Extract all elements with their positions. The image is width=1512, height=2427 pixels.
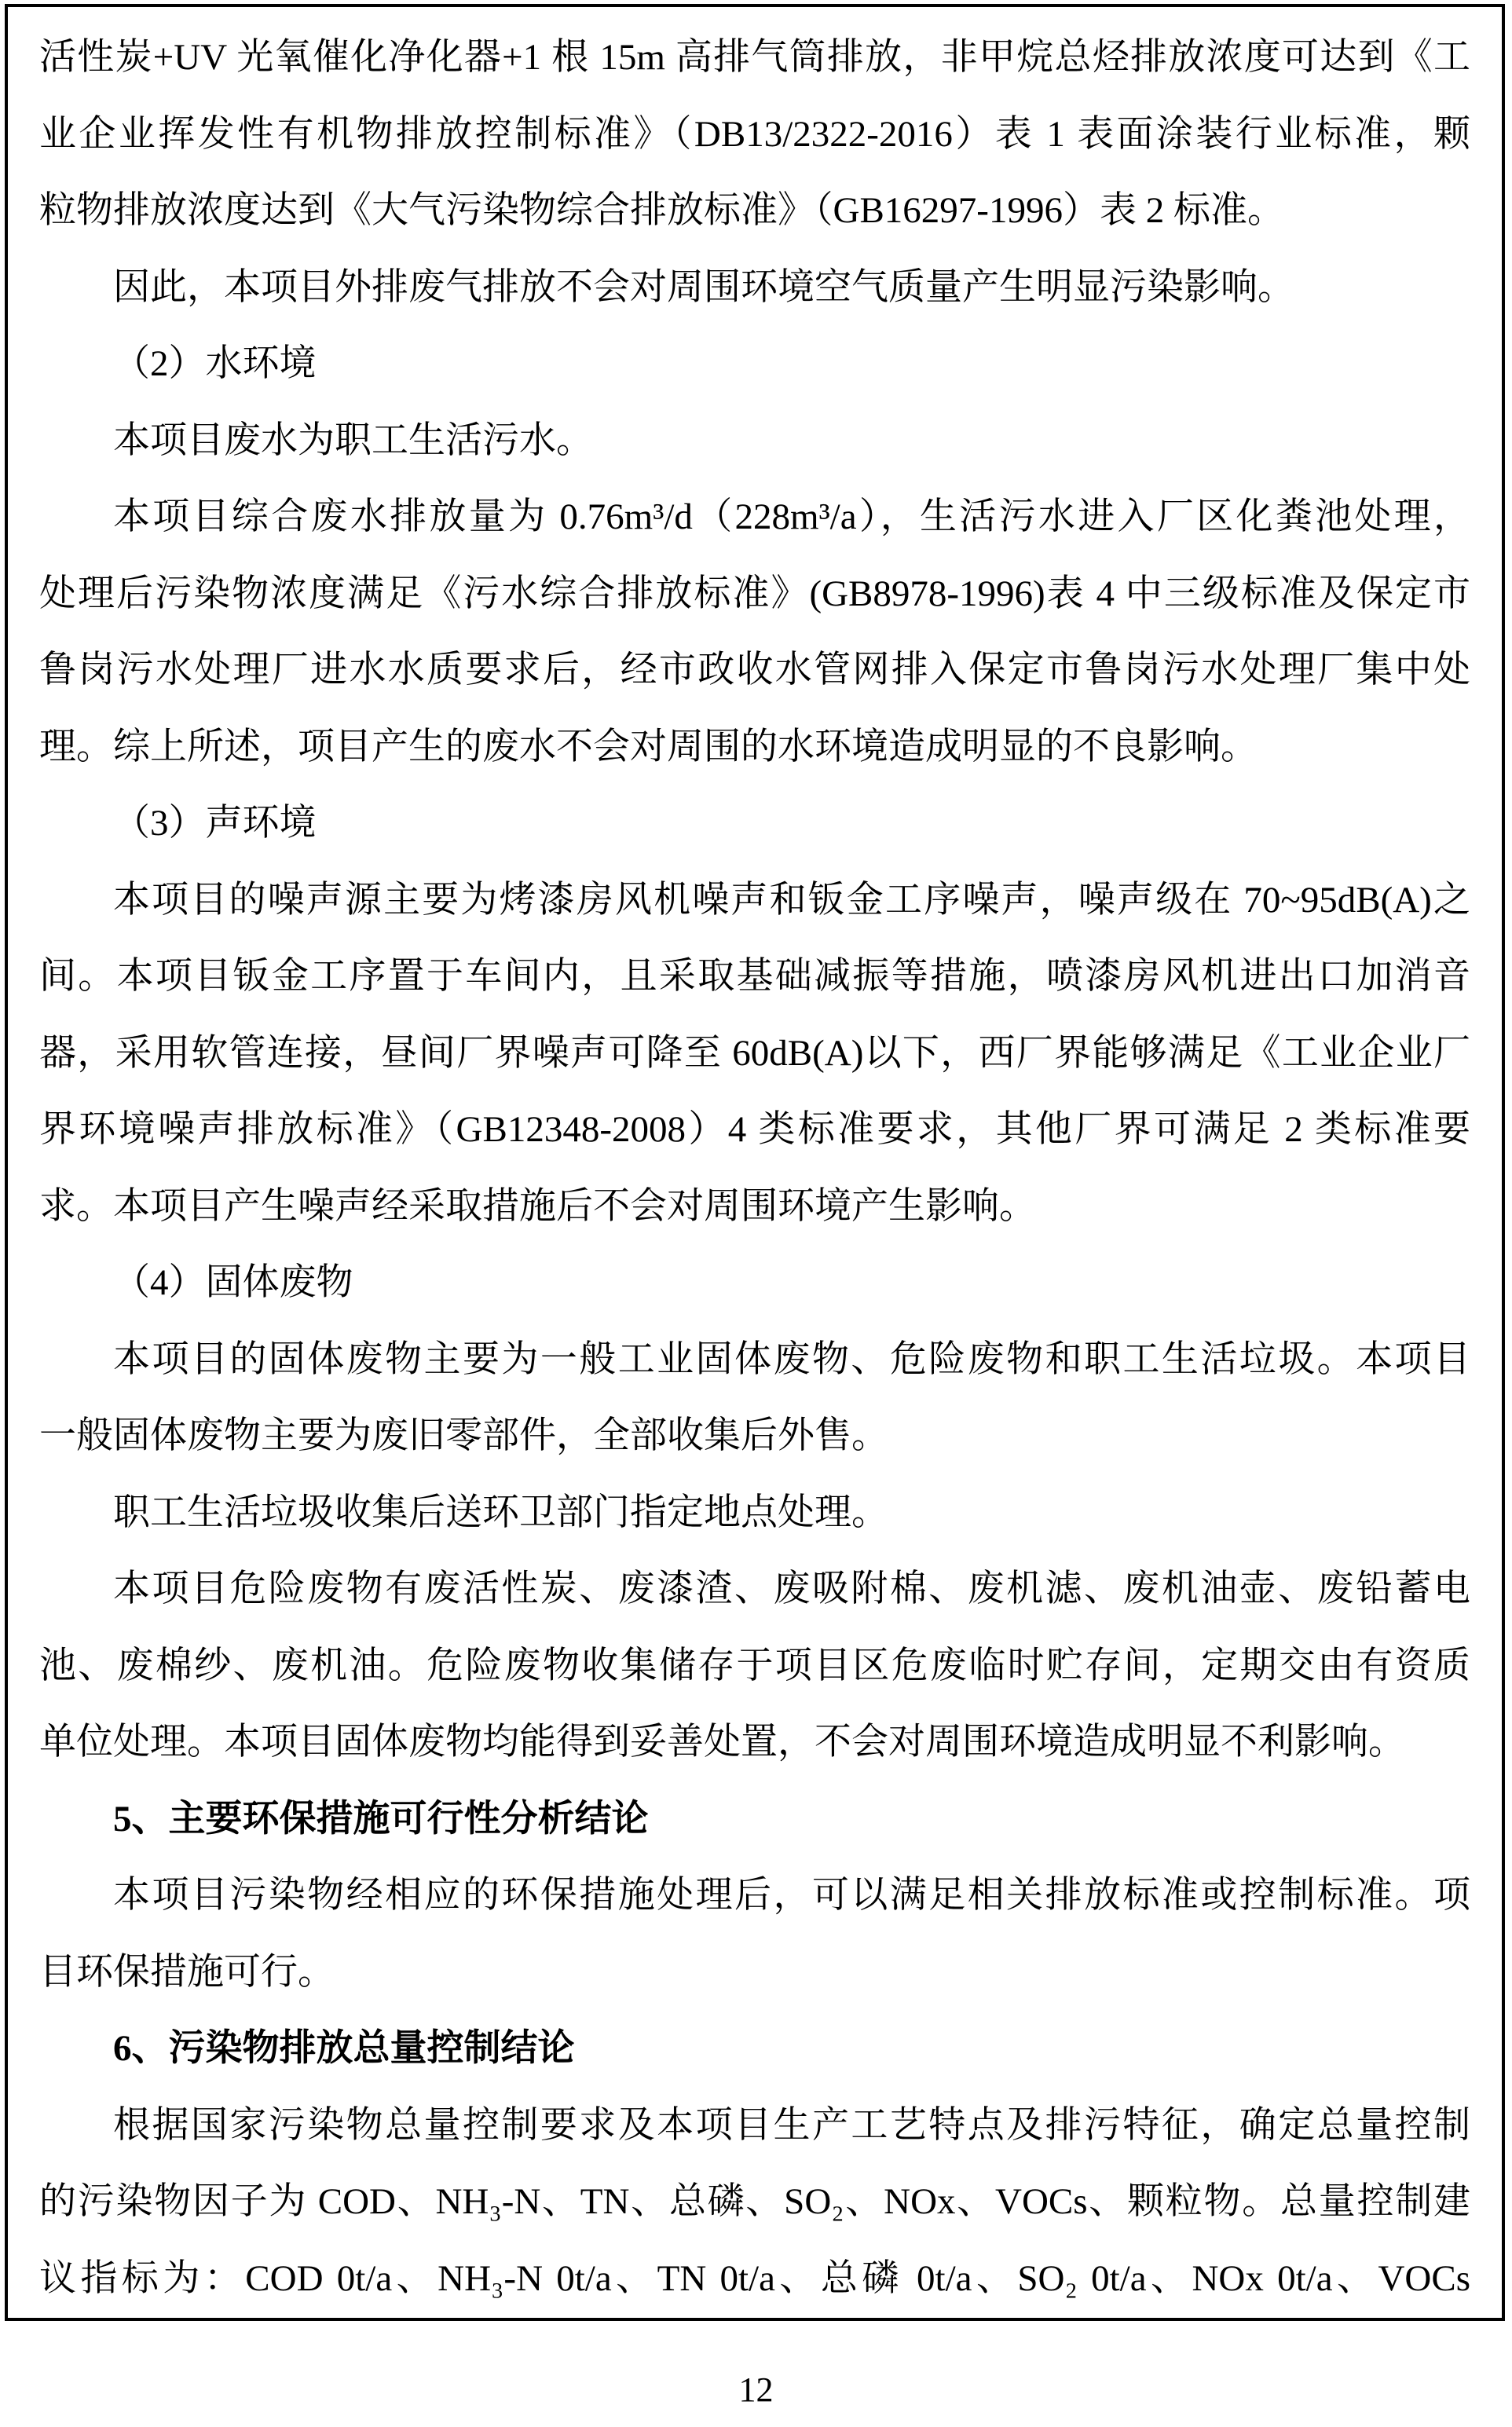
body-line: 池、废棉纱、废机油。危险废物收集储存于项目区危废临时贮存间，定期交由有资质 xyxy=(39,1628,1470,1705)
body-line: 求。本项目产生噪声经采取措施后不会对周围环境产生影响。 xyxy=(39,1169,1470,1246)
body-line: 界环境噪声排放标准》（GB12348-2008）4 类标准要求，其他厂界可满足 … xyxy=(39,1092,1470,1169)
body-line: 间。本项目钣金工序置于车间内，且采取基础减振等措施，喷漆房风机进出口加消音 xyxy=(39,939,1470,1016)
body-line: 鲁岗污水处理厂进水水质要求后，经市政收水管网排入保定市鲁岗污水处理厂集中处 xyxy=(39,632,1470,709)
body-line: 活性炭+UV 光氧催化净化器+1 根 15m 高排气筒排放，非甲烷总烃排放浓度可… xyxy=(39,20,1470,97)
body-line: 本项目综合废水排放量为 0.76m³/d（228m³/a），生活污水进入厂区化粪… xyxy=(39,479,1470,556)
body-line: 议指标为：COD 0t/a、NH₃-N 0t/a、TN 0t/a、总磷 0t/a… xyxy=(39,2241,1470,2322)
page-number: 12 xyxy=(0,2370,1512,2410)
subsection-label: （2）水环境 xyxy=(39,326,1470,403)
body-line: 粒物排放浓度达到《大气污染物综合排放标准》（GB16297-1996）表 2 标… xyxy=(39,173,1470,250)
body-line: 职工生活垃圾收集后送环卫部门指定地点处理。 xyxy=(39,1475,1470,1552)
section-heading-5: 5、主要环保措施可行性分析结论 xyxy=(39,1781,1470,1858)
body-line: 一般固体废物主要为废旧零部件，全部收集后外售。 xyxy=(39,1398,1470,1475)
body-line: 目环保措施可行。 xyxy=(39,1935,1470,2012)
body-line: 业企业挥发性有机物排放控制标准》（DB13/2322-2016）表 1 表面涂装… xyxy=(39,97,1470,174)
body-line: 本项目的噪声源主要为烤漆房风机噪声和钣金工序噪声，噪声级在 70~95dB(A)… xyxy=(39,862,1470,939)
body-line: 处理后污染物浓度满足《污水综合排放标准》(GB8978-1996)表 4 中三级… xyxy=(39,556,1470,633)
body-line: 本项目危险废物有废活性炭、废漆渣、废吸附棉、废机滤、废机油壶、废铅蓄电 xyxy=(39,1551,1470,1628)
body-line: 单位处理。本项目固体废物均能得到妥善处置，不会对周围环境造成明显不利影响。 xyxy=(39,1704,1470,1781)
body-line: 的污染物因子为 COD、NH₃-N、TN、总磷、SO₂、NOx、VOCs、颗粒物… xyxy=(39,2164,1470,2241)
document-frame: 活性炭+UV 光氧催化净化器+1 根 15m 高排气筒排放，非甲烷总烃排放浓度可… xyxy=(5,4,1505,2321)
body-line: 本项目污染物经相应的环保措施处理后，可以满足相关排放标准或控制标准。项 xyxy=(39,1858,1470,1935)
body-line: 因此，本项目外排废气排放不会对周围环境空气质量产生明显污染影响。 xyxy=(39,250,1470,327)
body-line: 根据国家污染物总量控制要求及本项目生产工艺特点及排污特征，确定总量控制 xyxy=(39,2088,1470,2165)
subsection-label: （3）声环境 xyxy=(39,785,1470,862)
section-heading-6: 6、污染物排放总量控制结论 xyxy=(39,2011,1470,2088)
body-line: 理。综上所述，项目产生的废水不会对周围的水环境造成明显的不良影响。 xyxy=(39,709,1470,786)
body-line: 器，采用软管连接，昼间厂界噪声可降至 60dB(A)以下，西厂界能够满足《工业企… xyxy=(39,1016,1470,1093)
body-line: 本项目的固体废物主要为一般工业固体废物、危险废物和职工生活垃圾。本项目 xyxy=(39,1322,1470,1399)
subsection-label: （4）固体废物 xyxy=(39,1245,1470,1322)
body-line: 本项目废水为职工生活污水。 xyxy=(39,403,1470,480)
